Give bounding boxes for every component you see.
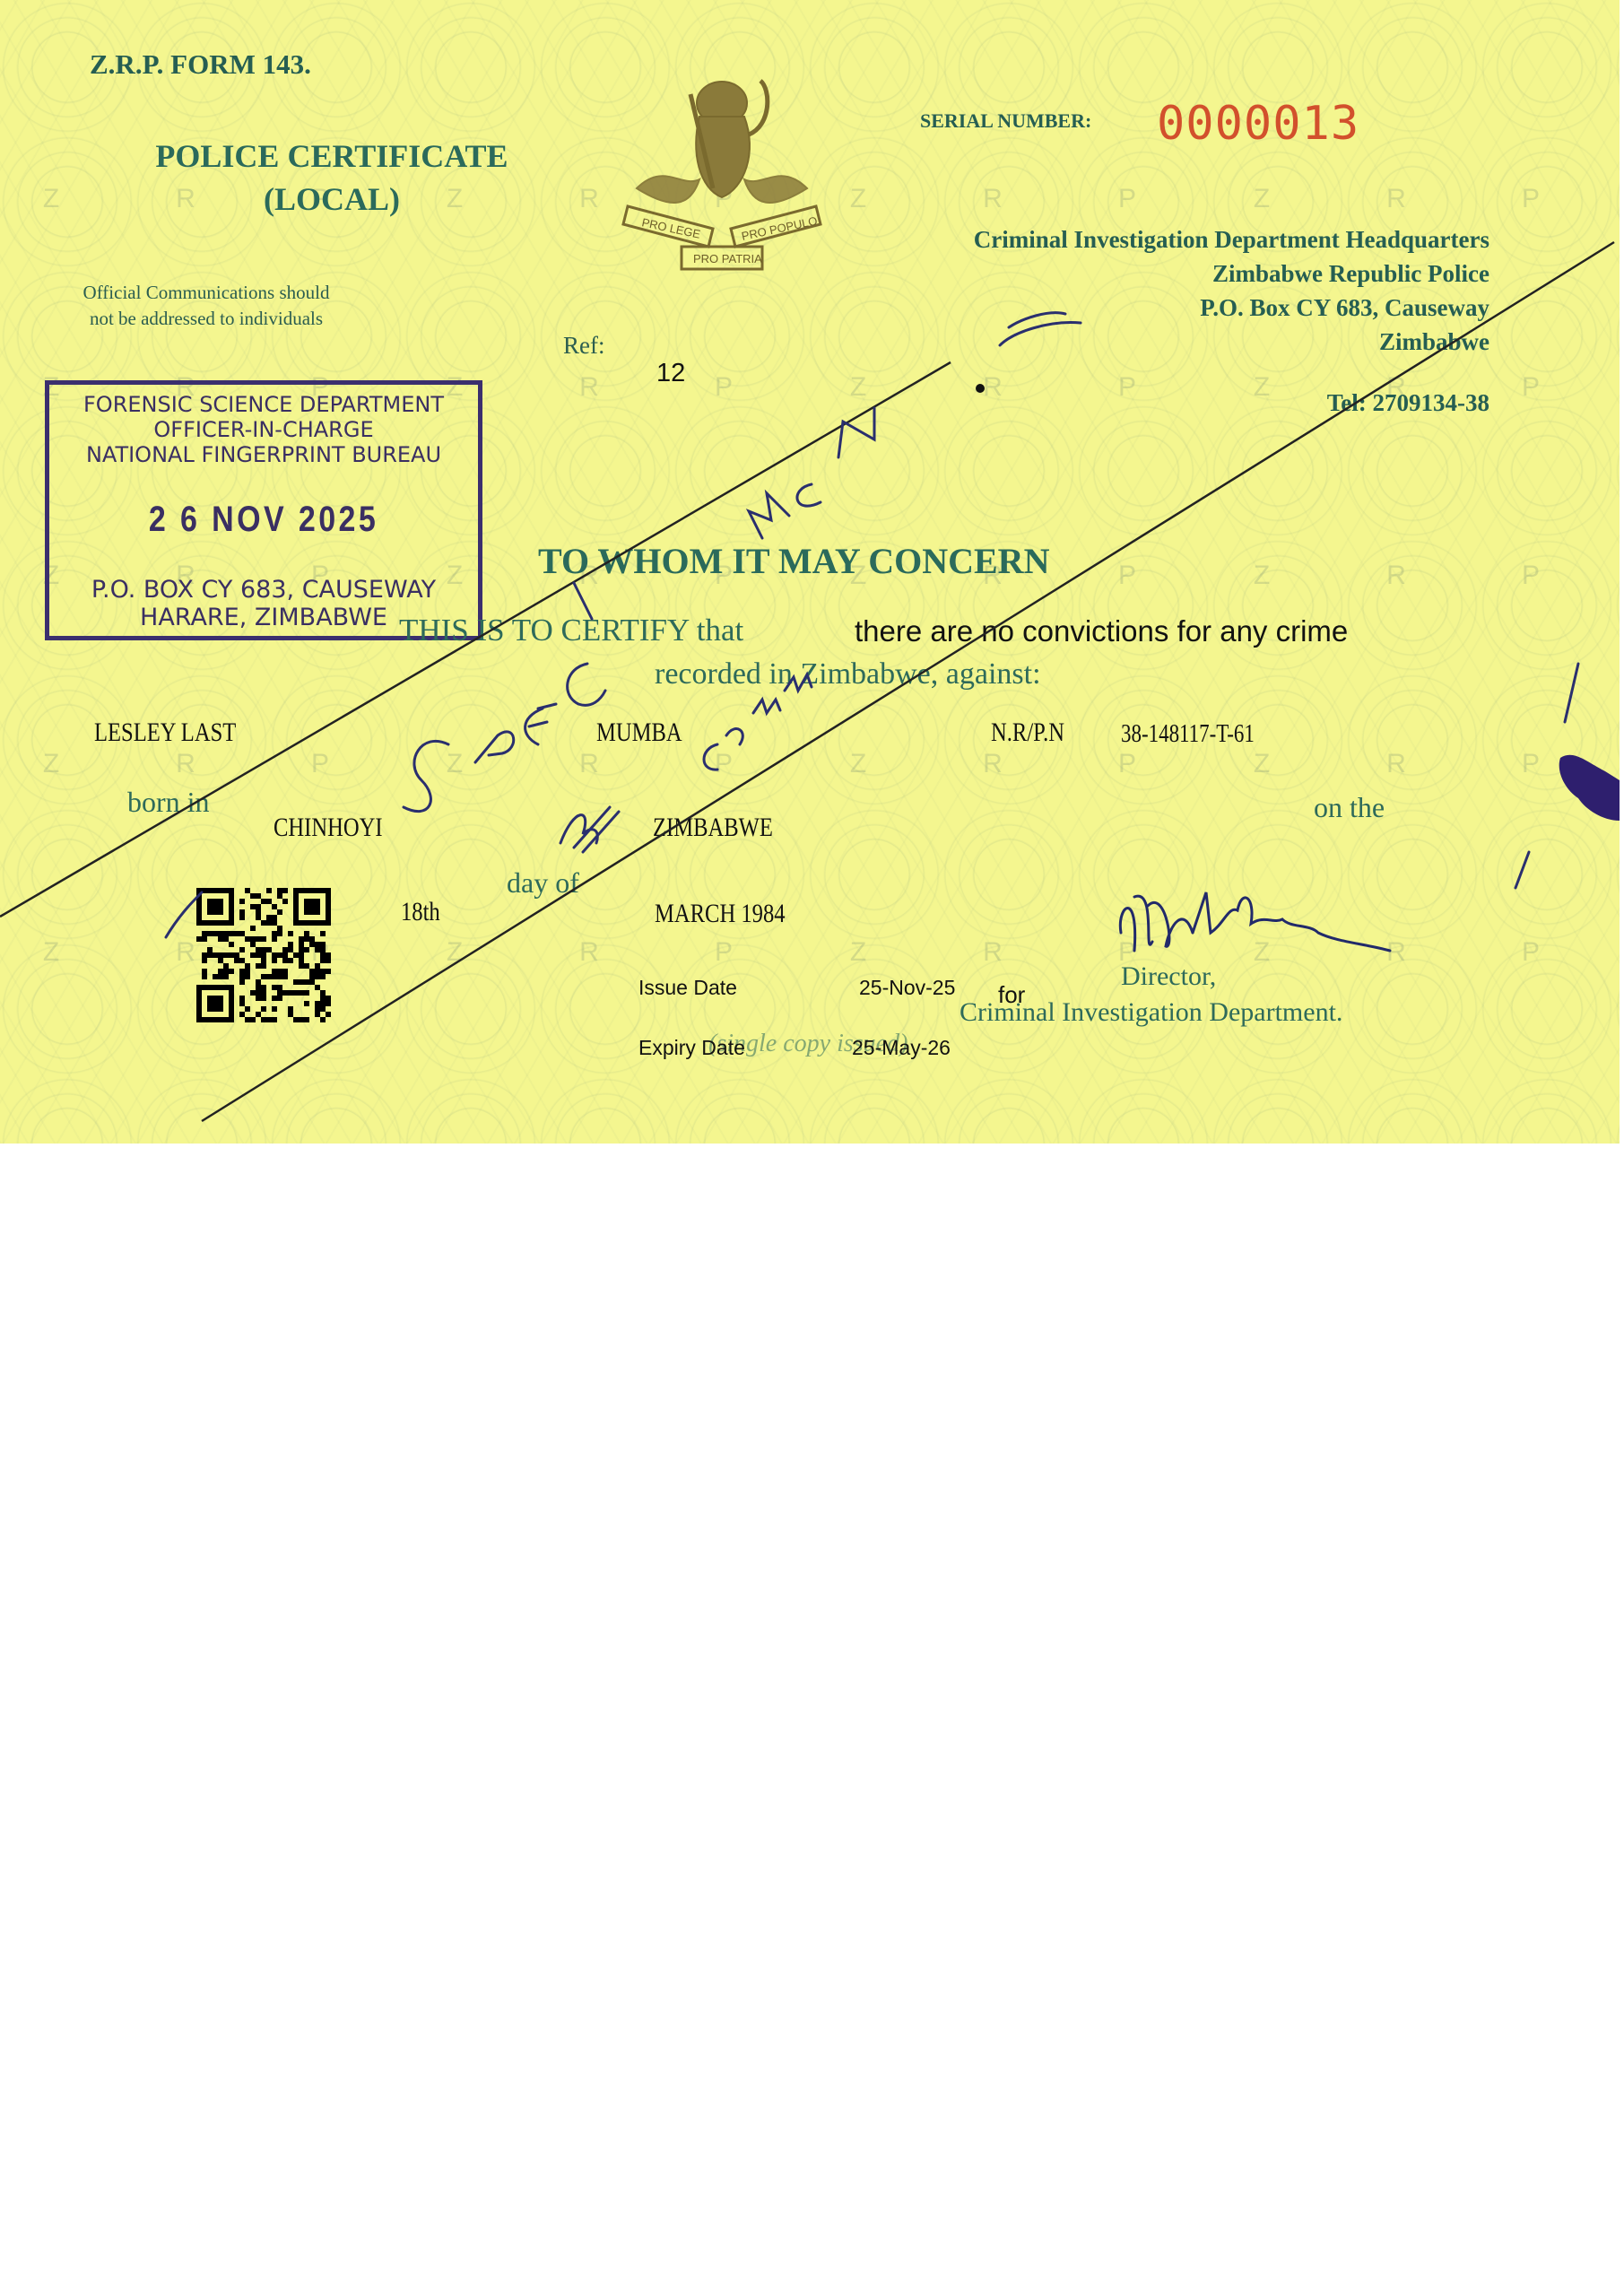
birth-country: ZIMBABWE: [653, 813, 773, 843]
watermark-letter: P: [1520, 937, 1541, 968]
watermark-letter: P: [713, 749, 734, 779]
ref-label: Ref:: [563, 332, 605, 360]
motto-pro-patria: PRO PATRIA: [693, 252, 762, 265]
recorded-label: recorded in Zimbabwe, against:: [655, 657, 1041, 691]
certify-statement: there are no convictions for any crime: [855, 614, 1348, 648]
born-in-label: born in: [127, 786, 210, 819]
signatory-title: Director,: [1121, 961, 1216, 992]
watermark-letter: R: [1385, 184, 1407, 214]
telephone: Tel: 2709134-38: [1327, 389, 1489, 417]
expiry-date-value: 25-May-26: [852, 1036, 951, 1060]
watermark-letter: P: [1116, 749, 1138, 779]
watermark-letter: R: [982, 937, 1003, 968]
watermark-letter: R: [1385, 561, 1407, 591]
serial-number-value: 0000013: [1157, 97, 1359, 151]
watermark-letter: Z: [40, 184, 62, 214]
watermark-letter: R: [175, 937, 196, 968]
address-line: Zimbabwe: [974, 325, 1489, 359]
stamp-date: 2 6 NOV 2025: [82, 500, 446, 540]
watermark-letter: Z: [40, 937, 62, 968]
address-line: Criminal Investigation Department Headqu…: [974, 222, 1489, 257]
form-number: Z.R.P. FORM 143.: [90, 48, 311, 81]
watermark-letter: P: [1520, 184, 1541, 214]
motto-pro-populo: PRO POPULO: [741, 213, 819, 243]
watermark-letter: R: [175, 749, 196, 779]
expiry-date-label: Expiry Date: [638, 1036, 745, 1060]
first-names: LESLEY LAST: [94, 717, 236, 748]
surname: MUMBA: [596, 717, 682, 748]
watermark-letter: Z: [847, 372, 869, 403]
watermark-letter: Z: [1251, 937, 1272, 968]
watermark-letter: P: [1520, 749, 1541, 779]
forensic-department-stamp: FORENSIC SCIENCE DEPARTMENT OFFICER-IN-C…: [45, 380, 482, 640]
watermark-letter: Z: [444, 749, 465, 779]
watermark-letter: P: [1116, 372, 1138, 403]
issuer-address: Criminal Investigation Department Headqu…: [974, 222, 1489, 359]
watermark-letter: Z: [40, 749, 62, 779]
watermark-letter: Z: [1251, 372, 1272, 403]
id-number: 38-148117-T-61: [1121, 720, 1255, 749]
stamp-line: OFFICER-IN-CHARGE: [49, 417, 478, 442]
serial-number-label: SERIAL NUMBER:: [920, 109, 1091, 133]
signatory-department: Criminal Investigation Department.: [960, 997, 1342, 1028]
address-line: Zimbabwe Republic Police: [974, 257, 1489, 291]
stamp-line: FORENSIC SCIENCE DEPARTMENT: [49, 392, 478, 417]
watermark-letter: Z: [847, 184, 869, 214]
watermark-letter: R: [982, 184, 1003, 214]
watermark-letter: Z: [444, 937, 465, 968]
watermark-letter: P: [713, 372, 734, 403]
communications-notice: Official Communications should not be ad…: [81, 280, 332, 332]
watermark-letter: Z: [1251, 184, 1272, 214]
id-label: N.R/P.N: [991, 717, 1064, 748]
watermark-letter: Z: [1251, 561, 1272, 591]
watermark-letter: R: [982, 749, 1003, 779]
birth-place: CHINHOYI: [274, 813, 383, 843]
watermark-letter: R: [578, 937, 600, 968]
certificate-title: POLICE CERTIFICATE (LOCAL): [126, 135, 538, 221]
watermark-letter: P: [1520, 561, 1541, 591]
watermark-letter: R: [578, 372, 600, 403]
stamp-address-line: P.O. BOX CY 683, CAUSEWAY: [49, 576, 478, 604]
salutation-heading: TO WHOM IT MAY CONCERN: [538, 540, 1049, 582]
lion-crest-icon: PRO LEGE PRO POPULO PRO PATRIA: [601, 54, 843, 278]
qr-code: [195, 888, 332, 1022]
day-of-label: day of: [507, 866, 579, 900]
watermark-letter: R: [578, 184, 600, 214]
title-line-2: (LOCAL): [126, 178, 538, 221]
ref-value: 12: [656, 359, 685, 388]
watermark-letter: P: [1116, 184, 1138, 214]
certify-label: THIS IS TO CERTIFY that: [399, 613, 743, 648]
watermark-letter: R: [1385, 749, 1407, 779]
watermark-letter: P: [309, 749, 331, 779]
issue-date-value: 25-Nov-25: [859, 976, 955, 1000]
birth-day: 18th: [401, 897, 440, 927]
watermark-letter: Z: [1251, 749, 1272, 779]
address-line: P.O. Box CY 683, Causeway: [974, 291, 1489, 325]
stamp-line: NATIONAL FINGERPRINT BUREAU: [49, 442, 478, 467]
watermark-letter: R: [578, 749, 600, 779]
watermark-letter: P: [1520, 372, 1541, 403]
watermark-letter: Z: [847, 937, 869, 968]
watermark-letter: P: [1116, 561, 1138, 591]
watermark-letter: P: [713, 937, 734, 968]
on-the-label: on the: [1314, 791, 1385, 824]
watermark-letter: Z: [847, 749, 869, 779]
watermark-letter: R: [1385, 937, 1407, 968]
birth-month-year: MARCH 1984: [655, 899, 786, 929]
watermark-letter: R: [982, 372, 1003, 403]
title-line-1: POLICE CERTIFICATE: [126, 135, 538, 178]
issue-date-label: Issue Date: [638, 976, 737, 1000]
